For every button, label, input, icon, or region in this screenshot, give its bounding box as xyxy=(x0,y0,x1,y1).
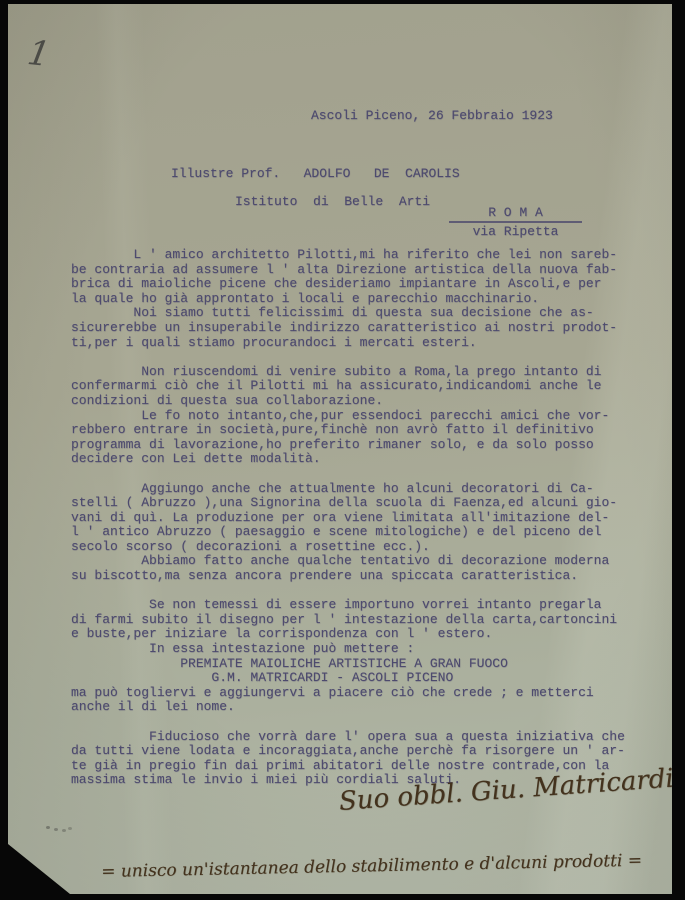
pencil-smudge xyxy=(46,826,50,829)
scan-background: 1 Ascoli Piceno, 26 Febbraio 1923 Illust… xyxy=(0,0,685,900)
letter-body: L ' amico architetto Pilotti,mi ha rifer… xyxy=(71,248,625,788)
address-city: R O M A xyxy=(449,205,582,223)
postscript-note: = unisco un'istantanea dello stabiliment… xyxy=(101,851,642,882)
recipient-name: Illustre Prof. ADOLFO DE CAROLIS xyxy=(171,166,460,181)
dateline: Ascoli Piceno, 26 Febbraio 1923 xyxy=(311,108,553,123)
address-block: R O M A via Ripetta xyxy=(449,205,582,239)
letter-page: 1 Ascoli Piceno, 26 Febbraio 1923 Illust… xyxy=(8,4,672,894)
page-number-mark: 1 xyxy=(25,33,53,75)
address-street: via Ripetta xyxy=(449,224,582,239)
recipient-institution: Istituto di Belle Arti xyxy=(235,194,430,209)
